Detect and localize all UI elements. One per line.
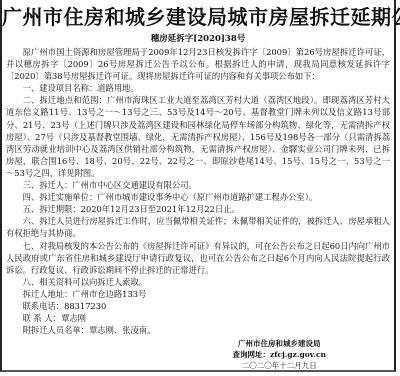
person-value: 覃志刚 — [61, 313, 86, 323]
issuer-name: 广州市住房和城乡建设局 — [233, 338, 326, 349]
item-materials: 八、相关资料可以向拆迁人索取。 — [6, 276, 390, 288]
document-number: 穗房延拆字[2020]38号 — [2, 32, 394, 46]
item-appeal: 七、对我局核发的本公告公布的《房屋拆迁许可证》有异议的，可在公告公布之日起60日… — [6, 240, 390, 276]
address-label: 拆迁人地址： — [23, 289, 73, 299]
intro-paragraph: 原广州市国土资源和房屋管理局于2009年12月23日核发拆许字〔2009〕第26… — [6, 46, 390, 82]
staff-list: 附拆迁人员名单：覃志刚、张凌南。 — [6, 324, 390, 336]
phone-label: 联系电话： — [23, 301, 65, 311]
staff-value: 覃志刚、张凌南。 — [89, 325, 155, 335]
item-demolisher: 三、拆迁人：广州市中心区交通建设有限公司。 — [6, 179, 390, 191]
signature-block: 广州市住房和城乡建设局 查询网址：zfcj.gz.gov.cn 二〇二〇年十二月… — [233, 338, 326, 371]
item-location-scope: 二、拆迁地点和范围：广州市海珠区工业大道至荔湾区芳村大道（荔湾区地段）。即现荔湾… — [6, 94, 390, 179]
item-credentials: 六、拆迁人员进行房屋拆迁工作时，应当佩带相关证件；未佩带相关证件的，被拆迁人、房… — [6, 215, 390, 239]
item-project-name: 一、建设项目名称：道路用地。 — [6, 82, 390, 94]
query-website: 查询网址：zfcj.gz.gov.cn — [233, 349, 326, 360]
notice-body: 原广州市国土资源和房屋管理局于2009年12月23日核发拆许字〔2009〕第26… — [2, 46, 394, 336]
issue-date: 二〇二〇年十二月九日 — [233, 360, 326, 371]
person-label: 联 系 人： — [23, 313, 61, 323]
address-value: 广州市仓边路133号 — [72, 289, 146, 299]
phone-value: 88317230 — [64, 301, 106, 311]
notice-document: 广州市住房和城乡建设局城市房屋拆迁延期公告 穗房延拆字[2020]38号 原广州… — [0, 0, 396, 372]
item-implementing-unit: 四、拆迁实施单位：广州市城市建设事务中心（原广州市道路扩建工程办公室）。 — [6, 191, 390, 203]
contact-address: 拆迁人地址：广州市仓边路133号 — [6, 288, 390, 300]
staff-label: 附拆迁人员名单： — [23, 325, 89, 335]
item-period: 五、拆迁期限：2020年12月23日至2021年12月22日止。 — [6, 203, 390, 215]
notice-title: 广州市住房和城乡建设局城市房屋拆迁延期公告 — [2, 0, 394, 30]
contact-person: 联 系 人：覃志刚 — [6, 312, 390, 324]
contact-phone: 联系电话：88317230 — [6, 300, 390, 312]
